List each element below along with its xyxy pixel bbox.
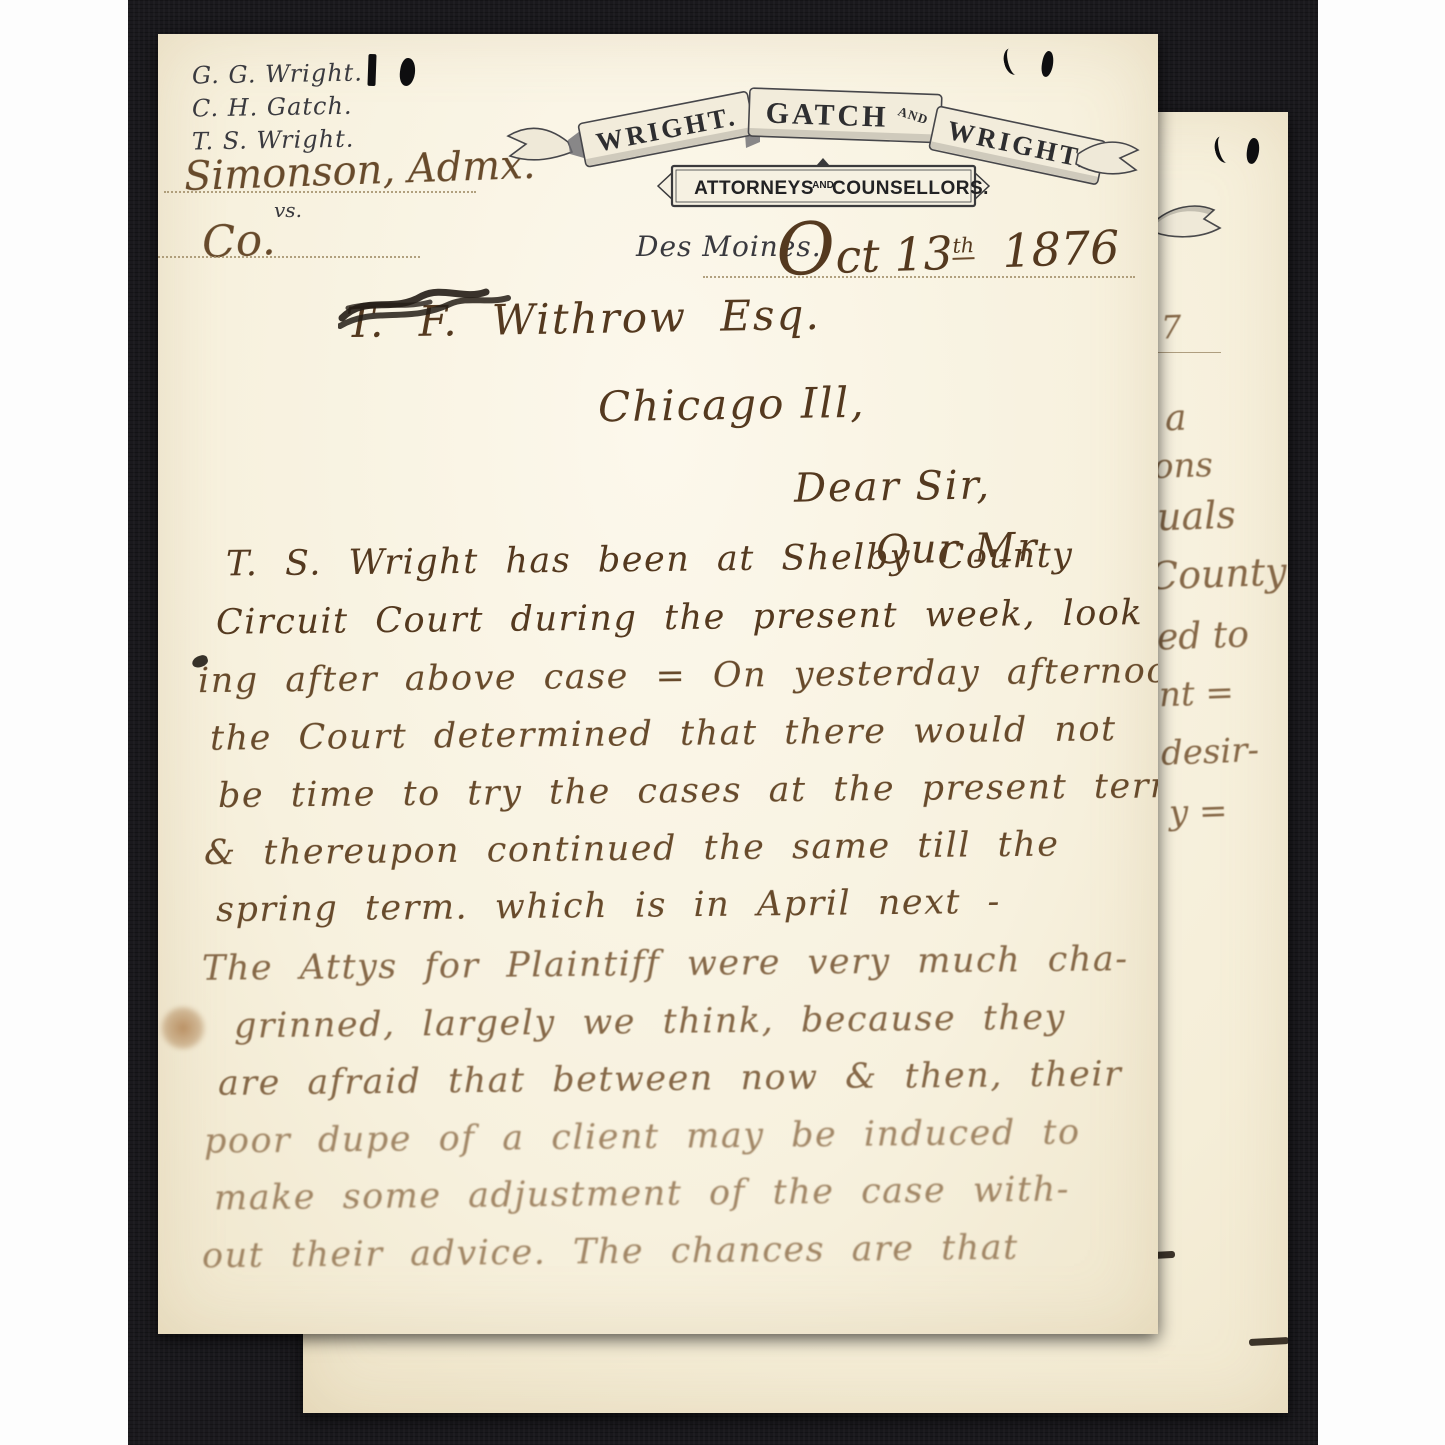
body-line: make some adjustment of the case with- [214,1170,1070,1219]
firm-name-line: C. H. Gatch. [192,92,364,128]
handwritten-date: Oct 13th1876 [775,196,1121,292]
page2-fragment: y = [1168,791,1228,833]
page2-fragment: desir- [1160,730,1259,773]
body-line: the Court determined that there would no… [210,709,1117,758]
page2-fragment: nt = [1158,673,1234,716]
page2-fragment: County [1148,550,1287,599]
ribbon-tail-icon [508,128,572,160]
pen-dash-mark [1249,1337,1288,1346]
banner-word: GATCH [765,97,889,134]
page2-fragment: ons [1152,445,1213,487]
salutation: Dear Sir, [794,462,992,511]
date-year: 1876 [1001,220,1120,278]
body-line: be time to try the cases at the present … [218,766,1158,816]
body-line: The Attys for Plaintiff were very much c… [202,939,1129,989]
ink-mark-icon [398,57,417,87]
tagline-word: COUNSELLORS. [832,178,989,199]
body-line: Circuit Court during the present week, l… [216,593,1143,643]
ink-mark-icon [1245,137,1261,165]
body-line: ing after above case = On yesterday afte… [198,651,1158,701]
page2-fragment: uals [1156,493,1236,540]
recipient-city: Chicago Ill, [598,378,866,432]
firm-name-line: G. G. Wright. [192,59,364,95]
body-line: out their advice. The chances are that [202,1228,1019,1277]
letter-photograph: 7 a ons uals County ed to nt = desir- y … [0,0,1445,1445]
caption-rule [164,191,476,193]
caption-rule [158,256,420,258]
body-line: spring term. which is in April next - [216,882,1001,930]
body-line: T. S. Wright has been at Shelby County [226,536,1074,585]
date-ordinal: th [952,233,975,260]
firm-names: G. G. Wright. C. H. Gatch. T. S. Wright. [192,60,363,159]
ink-mark-icon [1212,134,1235,164]
page2-rule [1153,352,1221,353]
body-line: & thereupon continued the same till the [204,825,1060,874]
body-line: are afraid that between now & then, thei… [218,1054,1123,1103]
page-front: G. G. Wright. C. H. Gatch. T. S. Wright.… [158,34,1158,1334]
date-month-day: Oct 13 [775,226,953,286]
body-line: poor dupe of a client may be induced to [204,1112,1081,1161]
case-defendant: Co. [201,214,277,269]
scribble-strikeout [338,284,518,332]
ribbon-tail-icon [1148,194,1266,248]
tagline-word: ATTORNEYS [694,178,814,199]
paper-stain [160,1006,206,1050]
tagline-word-and: AND [812,180,834,191]
page2-fragment: a [1164,398,1187,440]
page2-fragment: ed to [1156,614,1249,658]
case-versus: vs. [274,198,302,222]
body-line: grinned, largely we think, because they [234,998,1066,1047]
page2-fragment: 7 [1160,308,1182,347]
ink-mark-icon [367,54,376,86]
